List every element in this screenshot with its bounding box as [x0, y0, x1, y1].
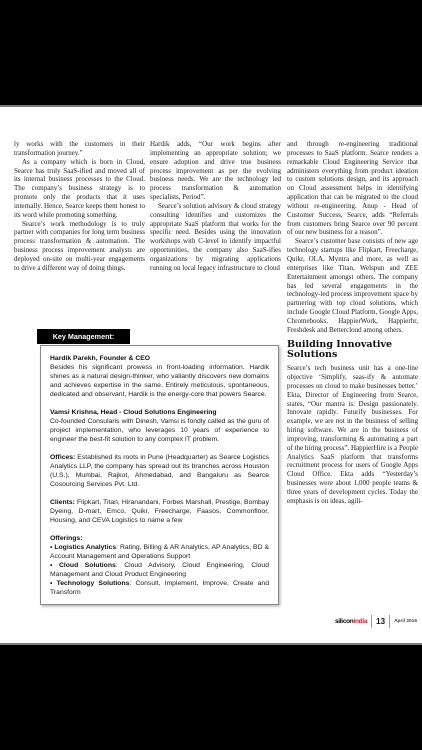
offerings-list: • Logistics Analytics: Rating, Billing &… — [50, 543, 269, 597]
offices-row: Offices: Established its roots in Pune (… — [50, 453, 269, 489]
section-heading: Building Innovative Solutions — [287, 340, 418, 362]
article-paragraph: Searce’s customer base consists of new a… — [287, 237, 418, 334]
article-paragraph: Searce’s tech business unit has a one-li… — [287, 364, 418, 506]
magazine-logo: siliconindia — [335, 618, 367, 625]
person-name: Hardik Parekh, Founder & CEO — [50, 354, 269, 363]
bullet-icon: • — [50, 544, 52, 551]
article-column-3: and through re-engineering traditional p… — [287, 140, 418, 613]
offering-item: • Technology Solutions: Consult, Impleme… — [50, 579, 269, 597]
person-bio: Besides his significant prowess in front… — [50, 363, 269, 399]
offices-text: Established its roots in Pune (Headquart… — [50, 454, 269, 488]
article-paragraph: and through re-engineering traditional p… — [287, 140, 418, 237]
article-column-1: ly works with the customers in their tra… — [14, 140, 145, 273]
key-management-box: Hardik Parekh, Founder & CEO Besides his… — [40, 345, 279, 605]
offering-item: • Logistics Analytics: Rating, Billing &… — [50, 543, 269, 561]
article-column-2: Hardik adds, “Our work begins after impl… — [150, 140, 281, 273]
top-letterbox-bar — [0, 0, 422, 107]
magazine-page: { "article": { "col1": [ "ly works with … — [0, 0, 422, 750]
clients-label: Clients: — [50, 499, 75, 506]
article-paragraph: Searce’s solution advisory & cloud strat… — [150, 202, 281, 273]
offering-item: • Cloud Solutions: Cloud Advisory, Cloud… — [50, 561, 269, 579]
bullet-icon: • — [50, 580, 52, 587]
article-paragraph: Searce’s work methodology is to truly pa… — [14, 220, 145, 273]
page-footer: siliconindia 13 April 2016 — [335, 615, 417, 628]
person-name: Vamsi Krishna, Head - Cloud Solutions En… — [50, 408, 269, 417]
article-paragraph: As a company which is born in Cloud, Sea… — [14, 158, 145, 220]
offerings-label: Offerings: — [50, 534, 269, 543]
clients-text: Flipkart, Titan, Hiranandani, Forbes Mar… — [50, 499, 269, 524]
issue-date: April 2016 — [394, 619, 417, 624]
key-management-tab: Key Management: — [37, 329, 130, 344]
clients-row: Clients: Flipkart, Titan, Hiranandani, F… — [50, 498, 269, 525]
bottom-letterbox-bar — [0, 643, 422, 750]
article-paragraph: ly works with the customers in their tra… — [14, 140, 145, 158]
page-number: 13 — [371, 615, 390, 628]
person-bio: Co-founded Consularis with Dinesh, Vamsi… — [50, 417, 269, 444]
key-management-tab-label: Key Management: — [53, 332, 115, 341]
bullet-icon: • — [50, 562, 52, 569]
offices-label: Offices: — [50, 454, 75, 461]
article-paragraph: Hardik adds, “Our work begins after impl… — [150, 140, 281, 202]
